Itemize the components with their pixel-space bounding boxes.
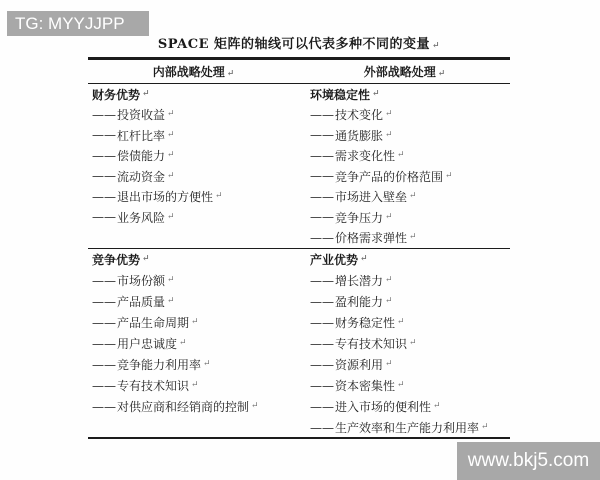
item-dash: —— [310,190,334,204]
list-item: ——用户忠诚度↵ [92,333,299,354]
paragraph-mark: ↵ [385,297,393,306]
item-dash: —— [92,400,116,414]
item-text: 市场进入壁垒 [335,188,407,205]
paragraph-mark: ↵ [385,213,393,222]
item-text: 专有技术知识 [335,335,407,352]
item-dash: —— [310,337,334,351]
list-item: ——生产效率和生产能力利用率↵ [310,417,510,438]
list-item: ——投资收益↵ [92,105,299,126]
item-dash: —— [310,316,334,330]
item-text: 盈利能力 [335,293,383,310]
paragraph-mark: ↵ [167,172,175,181]
paragraph-mark: ↵ [167,110,175,119]
item-dash: —— [310,210,334,224]
paragraph-mark: ↵ [438,69,446,79]
item-dash: —— [310,379,334,393]
paragraph-mark: ↵ [397,318,405,327]
section-environmental-stability: 环境稳定性↵ ——技术变化↵ ——通货膨胀↵ ——需求变化性↵ ——竞争产品的价… [299,84,510,248]
paragraph-mark: ↵ [167,213,175,222]
section-header: 竞争优势↵ [92,249,299,270]
item-dash: —— [310,149,334,163]
list-item: ——盈利能力↵ [310,291,510,312]
table-upper-half: 财务优势↵ ——投资收益↵ ——杠杆比率↵ ——偿债能力↵ ——流动资金↵ ——… [88,84,510,249]
list-item: ——专有技术知识↵ [310,333,510,354]
item-text: 杠杆比率 [117,127,165,144]
item-dash: —— [310,358,334,372]
paragraph-mark: ↵ [397,151,405,160]
item-dash: —— [92,190,116,204]
space-matrix-table: 内部战略处理↵ 外部战略处理↵ 财务优势↵ ——投资收益↵ ——杠杆比率↵ ——… [88,57,510,439]
item-text: 财务稳定性 [335,314,395,331]
list-item: ——通货膨胀↵ [310,125,510,146]
section-header-text: 产业优势 [310,251,358,268]
item-text: 竞争产品的价格范围 [335,168,443,185]
item-text: 用户忠诚度 [117,335,177,352]
item-dash: —— [92,316,116,330]
paragraph-mark: ↵ [385,131,393,140]
paragraph-mark: ↵ [203,360,211,369]
paragraph-mark: ↵ [227,69,235,79]
paragraph-mark: ↵ [142,255,150,264]
item-dash: —— [310,295,334,309]
item-text: 对供应商和经销商的控制 [117,398,249,415]
item-text: 资源利用 [335,356,383,373]
item-dash: —— [92,379,116,393]
paragraph-mark: ↵ [142,90,150,99]
list-item: ——竞争产品的价格范围↵ [310,166,510,187]
item-dash: —— [92,210,116,224]
paragraph-mark: ↵ [481,423,489,432]
page-title-text: SPACE 矩阵的轴线可以代表多种不同的变量 [158,37,430,52]
list-item: ——偿债能力↵ [92,146,299,167]
paragraph-mark: ↵ [409,339,417,348]
section-header: 产业优势↵ [310,249,510,270]
section-header: 财务优势↵ [92,84,299,105]
item-dash: —— [92,295,116,309]
column-header-external-text: 外部战略处理 [364,65,436,79]
item-dash: —— [310,169,334,183]
item-text: 进入市场的便利性 [335,398,431,415]
item-text: 增长潜力 [335,272,383,289]
table-lower-half: 竞争优势↵ ——市场份额↵ ——产品质量↵ ——产品生命周期↵ ——用户忠诚度↵… [88,249,510,439]
section-industry-advantage: 产业优势↵ ——增长潜力↵ ——盈利能力↵ ——财务稳定性↵ ——专有技术知识↵… [299,249,510,437]
item-dash: —— [310,274,334,288]
list-item: ——竞争压力↵ [310,207,510,228]
list-item: ——需求变化性↵ [310,146,510,167]
item-dash: —— [310,231,334,245]
item-text: 产品生命周期 [117,314,189,331]
list-item: ——市场份额↵ [92,270,299,291]
column-header-internal-text: 内部战略处理 [153,65,225,79]
paragraph-mark: ↵ [360,255,368,264]
paragraph-mark: ↵ [167,131,175,140]
item-text: 投资收益 [117,106,165,123]
item-dash: —— [92,358,116,372]
column-header-internal: 内部战略处理↵ [88,63,299,80]
list-item: ——价格需求弹性↵ [310,228,510,249]
page-title: SPACE 矩阵的轴线可以代表多种不同的变量↵ [88,33,510,52]
list-item: ——流动资金↵ [92,166,299,187]
list-item: ——杠杆比率↵ [92,125,299,146]
paragraph-mark: ↵ [385,360,393,369]
list-item: ——退出市场的方便性↵ [92,187,299,208]
item-text: 竞争能力利用率 [117,356,201,373]
list-item: ——技术变化↵ [310,105,510,126]
item-text: 专有技术知识 [117,377,189,394]
item-dash: —— [310,400,334,414]
item-text: 市场份额 [117,272,165,289]
item-text: 价格需求弹性 [335,229,407,246]
paragraph-mark: ↵ [167,151,175,160]
list-item: ——进入市场的便利性↵ [310,396,510,417]
item-text: 需求变化性 [335,147,395,164]
list-item: ——专有技术知识↵ [92,375,299,396]
paragraph-mark: ↵ [179,339,187,348]
paragraph-mark: ↵ [432,41,440,51]
item-dash: —— [310,421,334,435]
paragraph-mark: ↵ [191,318,199,327]
section-header-text: 竞争优势 [92,251,140,268]
item-text: 偿债能力 [117,147,165,164]
list-item: ——市场进入壁垒↵ [310,187,510,208]
paragraph-mark: ↵ [409,192,417,201]
list-item: ——对供应商和经销商的控制↵ [92,396,299,417]
paragraph-mark: ↵ [433,402,441,411]
item-text: 通货膨胀 [335,127,383,144]
list-item: ——资本密集性↵ [310,375,510,396]
list-item: ——产品质量↵ [92,291,299,312]
item-text: 资本密集性 [335,377,395,394]
paragraph-mark: ↵ [445,172,453,181]
paragraph-mark: ↵ [167,276,175,285]
section-competitive-advantage: 竞争优势↵ ——市场份额↵ ——产品质量↵ ——产品生命周期↵ ——用户忠诚度↵… [88,249,299,437]
section-header-text: 环境稳定性 [310,86,370,103]
list-item: ——资源利用↵ [310,354,510,375]
paragraph-mark: ↵ [385,110,393,119]
item-text: 退出市场的方便性 [117,188,213,205]
item-text: 业务风险 [117,209,165,226]
paragraph-mark: ↵ [372,90,380,99]
item-dash: —— [92,337,116,351]
section-financial-strength: 财务优势↵ ——投资收益↵ ——杠杆比率↵ ——偿债能力↵ ——流动资金↵ ——… [88,84,299,248]
item-dash: —— [92,149,116,163]
watermark-bottom-right: www.bkj5.com [457,442,600,480]
section-header: 环境稳定性↵ [310,84,510,105]
paragraph-mark: ↵ [251,402,259,411]
paragraph-mark: ↵ [191,381,199,390]
item-dash: —— [92,128,116,142]
list-item: ——财务稳定性↵ [310,312,510,333]
item-dash: —— [92,108,116,122]
paragraph-mark: ↵ [167,297,175,306]
item-dash: —— [92,169,116,183]
paragraph-mark: ↵ [397,381,405,390]
list-item: ——增长潜力↵ [310,270,510,291]
section-header-text: 财务优势 [92,86,140,103]
table-header-row: 内部战略处理↵ 外部战略处理↵ [88,60,510,84]
list-item: ——竞争能力利用率↵ [92,354,299,375]
item-text: 竞争压力 [335,209,383,226]
item-text: 生产效率和生产能力利用率 [335,419,479,436]
item-text: 产品质量 [117,293,165,310]
item-dash: —— [310,108,334,122]
paragraph-mark: ↵ [409,233,417,242]
paragraph-mark: ↵ [385,276,393,285]
item-text: 技术变化 [335,106,383,123]
paragraph-mark: ↵ [215,192,223,201]
item-dash: —— [92,274,116,288]
item-text: 流动资金 [117,168,165,185]
column-header-external: 外部战略处理↵ [299,63,510,80]
document-page: TG: MYYJJPP SPACE 矩阵的轴线可以代表多种不同的变量↵ 内部战略… [0,0,600,480]
list-item: ——产品生命周期↵ [92,312,299,333]
item-dash: —— [310,128,334,142]
list-item: ——业务风险↵ [92,207,299,228]
